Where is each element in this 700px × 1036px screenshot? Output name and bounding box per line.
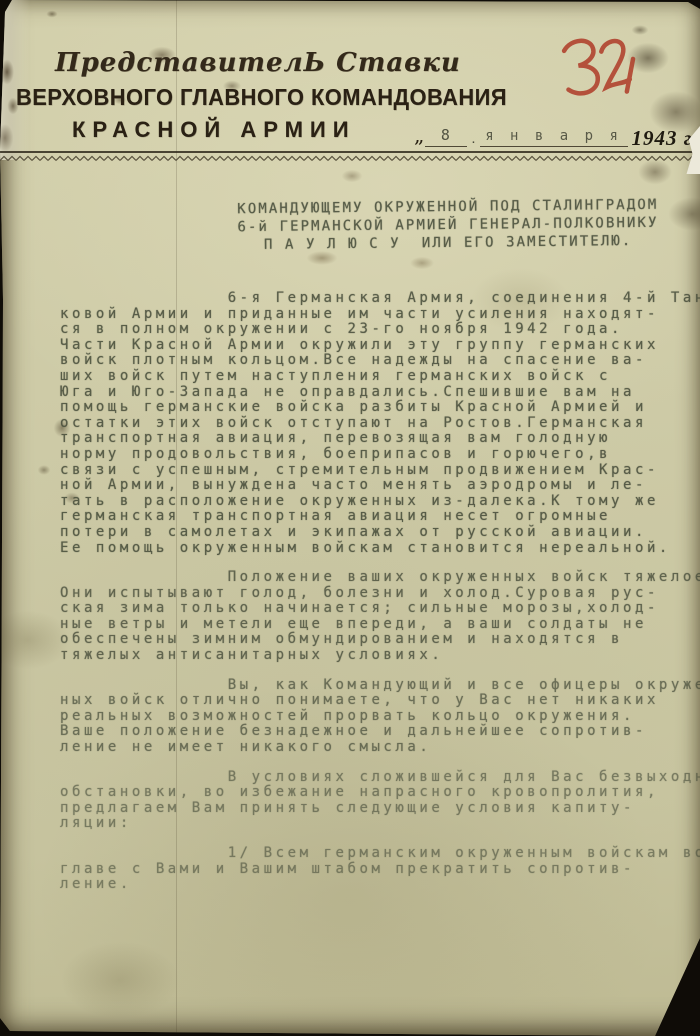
date-year: 1943 г. <box>632 126 699 151</box>
date-open-quote: „ <box>414 123 424 147</box>
date-day: 8 <box>425 126 467 147</box>
text-line: главе с Вами и Вашим штабом прекратить с… <box>60 862 690 878</box>
letterhead-line-3: КРАСНОЙ АРМИИ <box>72 117 356 143</box>
text-line: Юга и Юго-Запада не оправдались.Спешивши… <box>60 385 690 401</box>
text-line: Положение ваших окруженных войск тяжелое… <box>60 570 690 586</box>
letterhead-line-2: ВЕРХОВНОГО ГЛАВНОГО КОМАНДОВАНИЯ <box>16 84 507 111</box>
text-line: 1/ Всем германским окруженным войскам во <box>60 846 690 862</box>
text-line: тать в расположение окруженных из-далека… <box>60 494 690 510</box>
text-line: ляции: <box>60 816 690 832</box>
date-separator: . <box>471 130 475 147</box>
body-paragraph: 6-я Германская Армия, соединения 4-й Тан… <box>60 291 690 556</box>
text-line: В условиях сложившейся для Вас безвыходн… <box>60 770 690 786</box>
text-line: германская транспортная авиация несет ог… <box>60 509 690 525</box>
date-block: „8.я н в а р я1943 г. <box>414 122 699 147</box>
text-line: ская зима только начинается; сильные мор… <box>60 601 690 617</box>
handwritten-page-number <box>548 24 647 119</box>
body-paragraph: Положение ваших окруженных войск тяжелое… <box>60 570 690 664</box>
text-line: П А У Л Ю С У ИЛИ ЕГО ЗАМЕСТИТЕЛЮ. <box>222 232 674 255</box>
text-line: Ваше положение безнадежное и дальнейшее … <box>60 724 690 740</box>
text-line: ной Армии, вынуждена часто менять аэродр… <box>60 478 690 494</box>
body-paragraph: В условиях сложившейся для Вас безвыходн… <box>60 770 690 832</box>
text-line: норму продовольствия, боеприпасов и горю… <box>60 447 690 463</box>
text-line: обстановки, во избежание напрасного кров… <box>60 785 690 801</box>
text-line: ление не имеет никакого смысла. <box>60 740 690 756</box>
body-paragraph: Вы, как Командующий и все офицеры окруже… <box>60 678 690 756</box>
text-line: войск плотным кольцом.Все надежды на спа… <box>60 353 690 369</box>
document-scan: ПредставителЬ Ставки ВЕРХОВНОГО ГЛАВНОГО… <box>0 0 700 1036</box>
text-line: помощь германские войска разбиты Красной… <box>60 400 690 416</box>
torn-corner-top-left <box>0 0 30 160</box>
text-line: связи с успешным, стремительным продвиже… <box>60 463 690 479</box>
text-line: Ее помощь окруженным войскам становится … <box>60 541 690 557</box>
text-line: ших войск путем наступления германских в… <box>60 369 690 385</box>
text-line: остатки этих войск отступают на Ростов.Г… <box>60 416 690 432</box>
text-line: 6-я Германская Армия, соединения 4-й Тан… <box>60 291 690 307</box>
letterhead-line-1: ПредставителЬ Ставки <box>55 48 461 78</box>
document-page: ПредставителЬ Ставки ВЕРХОВНОГО ГЛАВНОГО… <box>0 0 700 1036</box>
text-line: Вы, как Командующий и все офицеры окруже… <box>60 678 690 694</box>
body-text: 6-я Германская Армия, соединения 4-й Тан… <box>60 291 690 907</box>
address-block: КОМАНДУЮЩЕМУ ОКРУЖЕННОЙ ПОД СТАЛИНГРАДОМ… <box>222 196 675 255</box>
text-line: ление. <box>60 877 690 893</box>
text-line: тяжелых антисанитарных условиях. <box>60 648 690 664</box>
text-line: ных войск отлично понимаете, что у Вас н… <box>60 693 690 709</box>
text-line: транспортная авиация, перевозящая вам го… <box>60 431 690 447</box>
divider-line <box>0 151 700 153</box>
text-line: потери в самолетах и экипажах от русской… <box>60 525 690 541</box>
text-line: предлагаем Вам принять следующие условия… <box>60 801 690 817</box>
text-line: обеспечены зимним обмундированием и нахо… <box>60 632 690 648</box>
text-line: ся в полном окружении с 23-го ноября 194… <box>60 322 690 338</box>
text-line: ковой Армии и приданные им части усилени… <box>60 307 690 323</box>
date-month: я н в а р я <box>480 128 628 147</box>
text-line: Они испытывают голод, болезни и холод.Су… <box>60 586 690 602</box>
body-paragraph: 1/ Всем германским окруженным войскам во… <box>60 846 690 893</box>
wavy-divider-line <box>0 155 700 162</box>
